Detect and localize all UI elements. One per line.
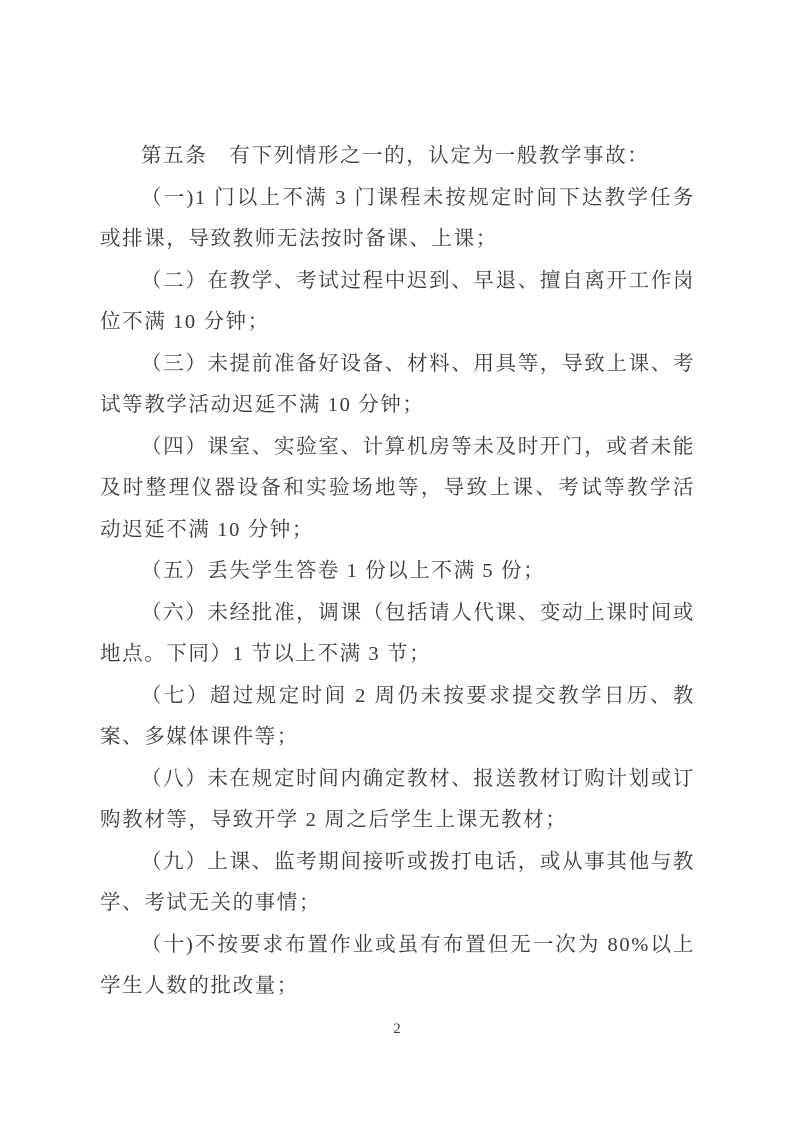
clause-10-paragraph: （十)不按要求布置作业或虽有布置但无一次为 80%以上学生人数的批改量；: [100, 925, 695, 1008]
document-page: 第五条 有下列情形之一的，认定为一般教学事故： （一)1 门以上不满 3 门课程…: [0, 0, 794, 1123]
clause-1-paragraph: （一)1 门以上不满 3 门课程未按规定时间下达教学任务或排课，导致教师无法按时…: [100, 178, 695, 261]
clause-8-paragraph: （八）未在规定时间内确定教材、报送教材订购计划或订购教材等，导致开学 2 周之后…: [100, 759, 695, 842]
page-number: 2: [0, 1018, 794, 1040]
clause-7-paragraph: （七）超过规定时间 2 周仍未按要求提交教学日历、教案、多媒体课件等；: [100, 676, 695, 759]
clause-9-paragraph: （九）上课、监考期间接听或拨打电话，或从事其他与教学、考试无关的事情；: [100, 842, 695, 925]
document-body: 第五条 有下列情形之一的，认定为一般教学事故： （一)1 门以上不满 3 门课程…: [100, 136, 695, 1008]
clause-6-paragraph: （六）未经批准，调课（包括请人代课、变动上课时间或地点。下同）1 节以上不满 3…: [100, 593, 695, 676]
clause-5-paragraph: （五）丢失学生答卷 1 份以上不满 5 份；: [100, 551, 695, 593]
clause-3-paragraph: （三）未提前准备好设备、材料、用具等，导致上课、考试等教学活动迟延不满 10 分…: [100, 344, 695, 427]
article-heading-paragraph: 第五条 有下列情形之一的，认定为一般教学事故：: [100, 136, 695, 178]
clause-2-paragraph: （二）在教学、考试过程中迟到、早退、擅自离开工作岗位不满 10 分钟；: [100, 261, 695, 344]
clause-4-paragraph: （四）课室、实验室、计算机房等未及时开门，或者未能及时整理仪器设备和实验场地等，…: [100, 427, 695, 552]
